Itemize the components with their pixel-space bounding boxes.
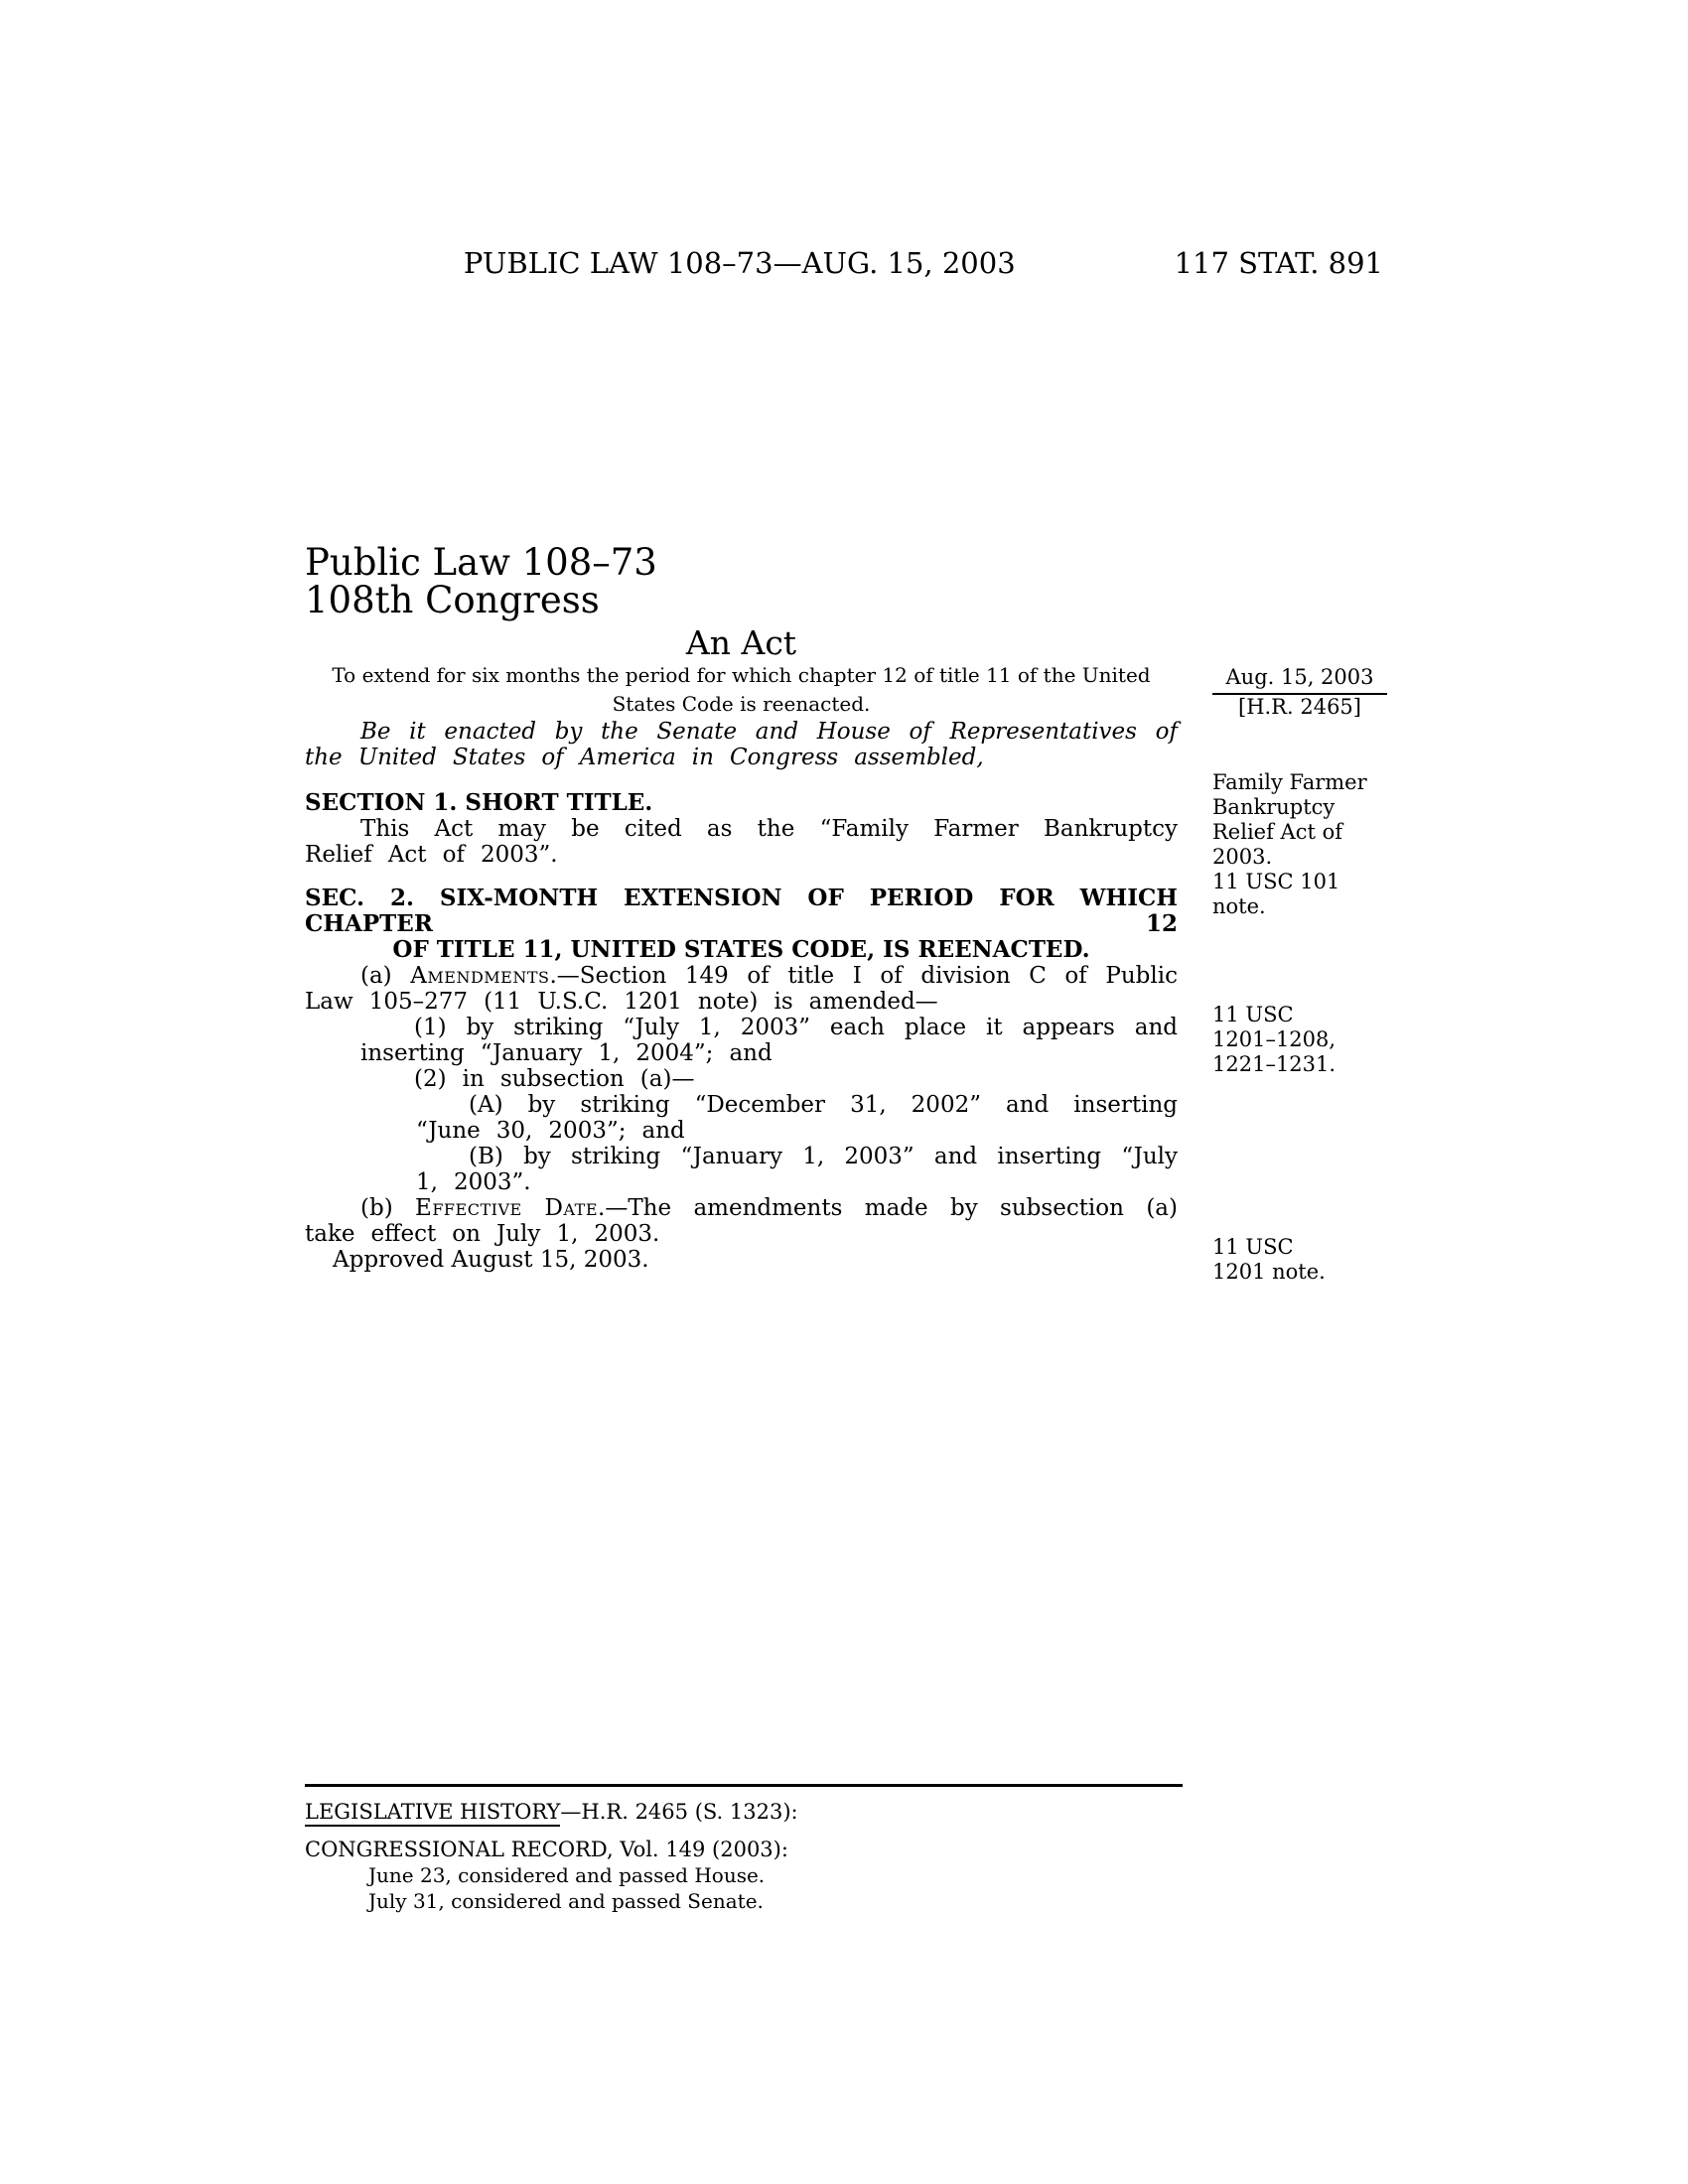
margin-note-bill-number: [H.R. 2465] [1212,695,1387,720]
running-header: PUBLIC LAW 108–73—AUG. 15, 2003 117 STAT… [305,246,1383,280]
section-2-heading-line1: SEC. 2. SIX-MONTH EXTENSION OF PERIOD FO… [305,886,1178,937]
section-2-heading-line2: OF TITLE 11, UNITED STATES CODE, IS REEN… [305,937,1178,963]
section-2a-text: (a) Amendments.—Section 149 of title I o… [305,963,1178,1015]
section-2a-smallcaps-label: Amendments [410,963,549,989]
law-title-block: Public Law 108–73 108th Congress [305,544,1178,619]
legislative-history-bill-ref: —H.R. 2465 (S. 1323): [560,1800,797,1824]
law-number-title: Public Law 108–73 [305,544,1178,582]
main-column: Public Law 108–73 108th Congress An Act … [305,544,1178,1273]
record-entry-house: June 23, considered and passed House. [305,1862,1183,1888]
act-heading: An Act [305,625,1178,661]
margin-note-date: Aug. 15, 2003 [H.R. 2465] [1212,665,1387,720]
running-header-law-line: PUBLIC LAW 108–73—AUG. 15, 2003 [305,246,1175,280]
clause-1-text: (1) by striking “July 1, 2003” each plac… [305,1015,1178,1066]
margin-note-usc-1201: 11 USC 1201 note. [1212,1235,1346,1285]
legislative-history-heading: LEGISLATIVE HISTORY—H.R. 2465 (S. 1323): [305,1799,1183,1825]
approval-line: Approved August 15, 2003. [305,1247,1178,1273]
legislative-history-footer: LEGISLATIVE HISTORY—H.R. 2465 (S. 1323):… [305,1784,1183,1914]
margin-note-date-text: Aug. 15, 2003 [1212,665,1387,690]
section-2a-prefix: (a) [360,963,410,989]
section-2b-smallcaps-label: Effective Date [415,1195,598,1221]
section-2b-prefix: (b) [360,1195,415,1221]
enacting-clause: Be it enacted by the Senate and House of… [305,719,1178,770]
section-2b-text: (b) Effective Date.—The amendments made … [305,1195,1178,1247]
congressional-record-heading: CONGRESSIONAL RECORD, Vol. 149 (2003): [305,1837,1183,1862]
record-entry-senate: July 31, considered and passed Senate. [305,1888,1183,1914]
margin-note-short-title: Family Farmer Bankruptcy Relief Act of 2… [1212,770,1376,919]
congress-title: 108th Congress [305,582,1178,619]
margin-note-usc-range: 11 USC 1201–1208, 1221–1231. [1212,1003,1346,1077]
clause-2A-text: (A) by striking “December 31, 2002” and … [305,1092,1178,1144]
running-header-stat-citation: 117 STAT. 891 [1175,246,1383,280]
section-2-heading: SEC. 2. SIX-MONTH EXTENSION OF PERIOD FO… [305,886,1178,963]
section-1-heading: SECTION 1. SHORT TITLE. [305,790,1178,816]
section-1-text: This Act may be cited as the “Family Far… [305,816,1178,868]
statute-page: PUBLIC LAW 108–73—AUG. 15, 2003 117 STAT… [0,0,1688,2184]
act-subtitle: To extend for six months the period for … [305,661,1178,719]
clause-2-text: (2) in subsection (a)— [305,1066,1178,1092]
margin-note-short-title-text: Family Farmer Bankruptcy Relief Act of 2… [1212,770,1376,870]
margin-note-short-title-usc: 11 USC 101 note. [1212,870,1376,919]
legislative-history-title: LEGISLATIVE HISTORY [305,1800,560,1827]
clause-2B-text: (B) by striking “January 1, 2003” and in… [305,1144,1178,1195]
